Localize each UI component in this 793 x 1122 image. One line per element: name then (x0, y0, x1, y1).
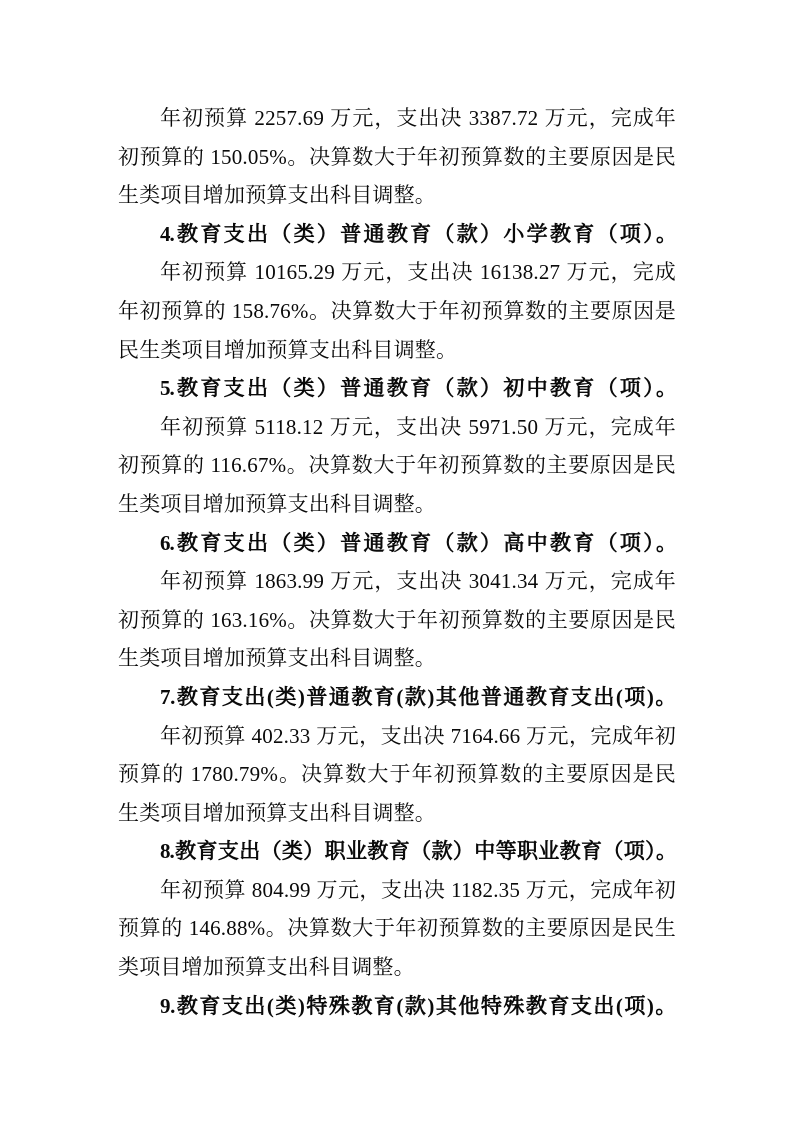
section-heading-6-senior-high-education: 6.教育支出（类）普通教育（款）高中教育（项）。 (118, 524, 676, 563)
budget-paragraph-section5-figures: 年初预算 5118.12 万元，支出决 5971.50 万元，完成年初预算的 1… (118, 408, 676, 524)
section-heading-8-secondary-vocational-education: 8.教育支出（类）职业教育（款）中等职业教育（项）。 (118, 832, 676, 871)
section-heading-7-other-general-education: 7.教育支出(类)普通教育(款)其他普通教育支出(项)。 (118, 678, 676, 717)
section-heading-9-other-special-education: 9.教育支出(类)特殊教育(款)其他特殊教育支出(项)。 (118, 987, 676, 1026)
budget-paragraph-section8-figures: 年初预算 804.99 万元，支出决 1182.35 万元，完成年初预算的 14… (118, 871, 676, 987)
budget-paragraph-section6-figures: 年初预算 1863.99 万元，支出决 3041.34 万元，完成年初预算的 1… (118, 562, 676, 678)
budget-paragraph-section4-figures: 年初预算 10165.29 万元，支出决 16138.27 万元，完成年初预算的… (118, 253, 676, 369)
budget-paragraph-section3-figures: 年初预算 2257.69 万元，支出决 3387.72 万元，完成年初预算的 1… (118, 99, 676, 215)
budget-paragraph-section7-figures: 年初预算 402.33 万元，支出决 7164.66 万元，完成年初预算的 17… (118, 717, 676, 833)
section-heading-4-primary-education: 4.教育支出（类）普通教育（款）小学教育（项）。 (118, 215, 676, 254)
document-page: 年初预算 2257.69 万元，支出决 3387.72 万元，完成年初预算的 1… (0, 0, 793, 1122)
section-heading-5-junior-high-education: 5.教育支出（类）普通教育（款）初中教育（项）。 (118, 369, 676, 408)
